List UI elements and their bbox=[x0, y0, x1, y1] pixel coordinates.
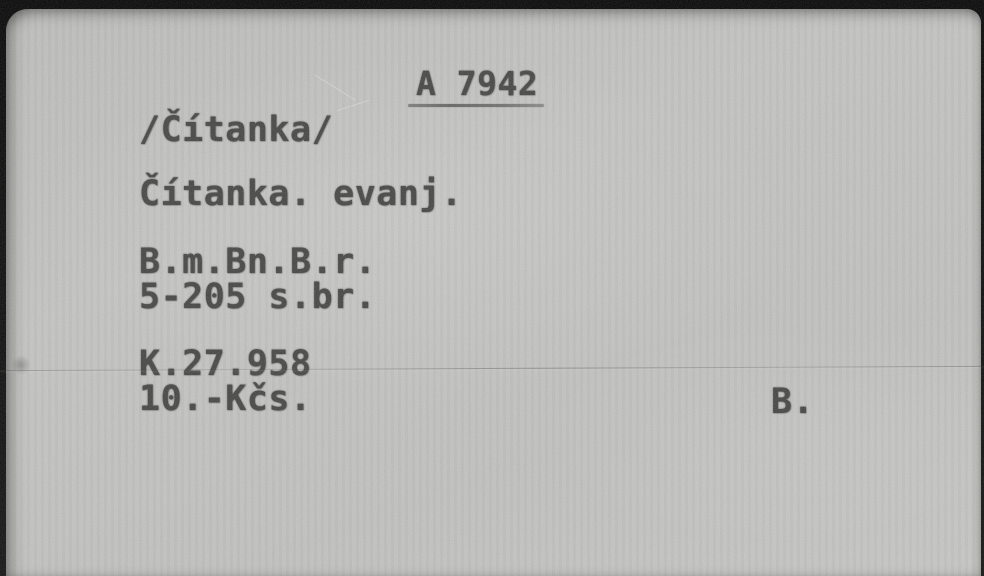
scuff-mark bbox=[314, 74, 355, 100]
call-number-underline bbox=[408, 104, 544, 107]
pagination-line: 5-205 s.br. bbox=[139, 280, 376, 315]
scuff-mark bbox=[337, 100, 370, 111]
price-line: 10.-Kčs. bbox=[139, 382, 312, 417]
title-line: Čítanka. evanj. bbox=[139, 177, 463, 212]
scanned-catalog-card: A 7942 /Čítanka/ Čítanka. evanj. B.m.Bn.… bbox=[0, 0, 984, 576]
index-card-paper: A 7942 /Čítanka/ Čítanka. evanj. B.m.Bn.… bbox=[6, 9, 981, 576]
accession-number-line: K.27.958 bbox=[139, 347, 312, 382]
letter-mark: B. bbox=[771, 385, 814, 420]
crease-smudge bbox=[11, 355, 31, 375]
imprint-block: B.m.Bn.B.r. 5-205 s.br. bbox=[6, 245, 981, 315]
call-number: A 7942 bbox=[416, 67, 538, 100]
imprint-line: B.m.Bn.B.r. bbox=[139, 245, 376, 280]
bracketed-title-line: /Čítanka/ bbox=[139, 113, 333, 148]
accession-block: K.27.958 10.-Kčs. bbox=[6, 347, 981, 417]
